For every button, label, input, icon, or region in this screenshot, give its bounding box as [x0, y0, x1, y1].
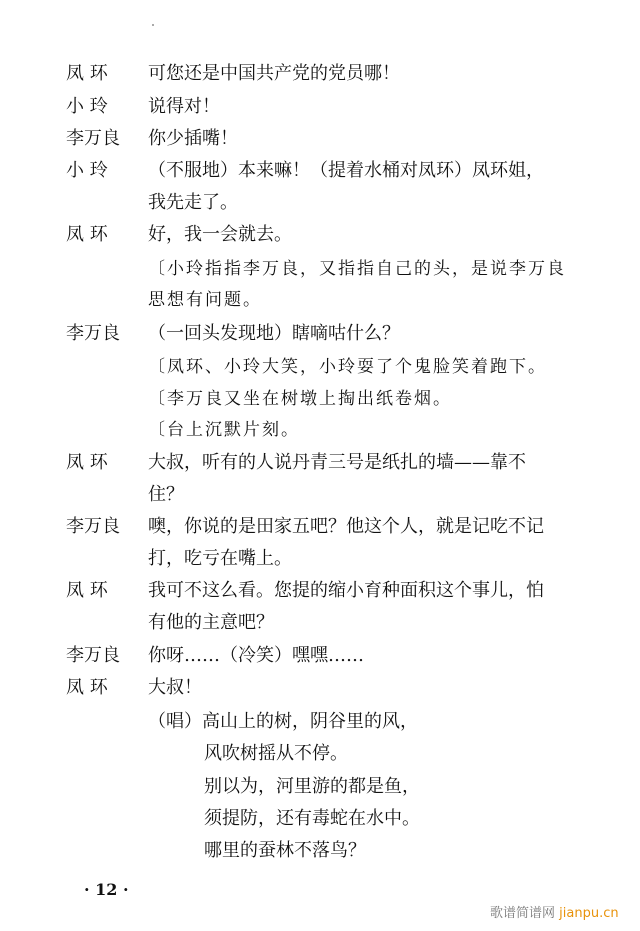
speech-text: 说得对！	[148, 94, 220, 120]
dialogue-line: 打，吃亏在嘴上。	[66, 546, 292, 572]
song-lyric: 高山上的树，阴谷里的风，	[202, 711, 418, 732]
speech-text: 你少插嘴！	[148, 126, 238, 152]
page-number: · 12 ·	[84, 880, 129, 899]
dialogue-line: 小 玲说得对！	[66, 94, 220, 120]
dialogue-line: 李万良你少插嘴！	[66, 126, 238, 152]
speaker-name: 小 玲	[66, 94, 148, 120]
speech-text: 好，我一会就去。	[148, 222, 292, 248]
dialogue-line: 凤 环可您还是中国共产党的党员哪！	[66, 61, 400, 87]
song-line: 哪里的蚕林不落鸟？	[204, 838, 366, 864]
song-lyric: 别以为，河里游的都是鱼，	[204, 776, 420, 797]
stage-direction-text: 〔李万良又坐在树墩上掏出纸卷烟。	[148, 386, 452, 412]
speech-text: 打，吃亏在嘴上。	[148, 546, 292, 572]
song-line: （唱）高山上的树，阴谷里的风，	[148, 709, 418, 735]
speech-text: 大叔，听有的人说丹青三号是纸扎的墙——靠不	[148, 450, 526, 476]
song-lyric: 哪里的蚕林不落鸟？	[204, 840, 366, 861]
speaker-name: 李万良	[66, 126, 148, 152]
stage-direction-line: 思想有问题。	[66, 287, 262, 313]
song-line: 须提防，还有毒蛇在水中。	[204, 806, 420, 832]
song-lyric: 风吹树摇从不停。	[204, 743, 348, 764]
dialogue-line: 凤 环好，我一会就去。	[66, 222, 292, 248]
stage-direction-text: 思想有问题。	[148, 287, 262, 313]
speech-text: 住？	[148, 482, 184, 508]
stage-direction-text: 〔小玲指指李万良，又指指自己的头，是说李万良	[148, 256, 566, 282]
dialogue-line: 李万良（一回头发现地）瞎嘀咕什么？	[66, 321, 400, 347]
speaker-name: 凤 环	[66, 222, 148, 248]
scan-speck	[152, 24, 154, 26]
speaker-name: 李万良	[66, 514, 148, 540]
stage-direction-line: 〔小玲指指李万良，又指指自己的头，是说李万良	[66, 256, 566, 282]
dialogue-line: 住？	[66, 482, 184, 508]
speech-text: （一回头发现地）瞎嘀咕什么？	[148, 321, 400, 347]
stage-direction-line: 〔李万良又坐在树墩上掏出纸卷烟。	[66, 386, 452, 412]
speech-text: （不服地）本来嘛！（提着水桶对凤环）凤环姐，	[148, 158, 544, 184]
dialogue-line: 凤 环大叔！	[66, 675, 202, 701]
stage-direction-text: 〔台上沉默片刻。	[148, 417, 300, 443]
speaker-name: 凤 环	[66, 61, 148, 87]
dialogue-line: 李万良噢，你说的是田家五吧？他这个人，就是记吃不记	[66, 514, 544, 540]
watermark-site-name: 歌谱简谱网	[490, 906, 555, 921]
speaker-name: 李万良	[66, 321, 148, 347]
speech-text: 你呀……（冷笑）嘿嘿……	[148, 643, 364, 669]
dialogue-line: 我先走了。	[66, 190, 238, 216]
dialogue-line: 凤 环大叔，听有的人说丹青三号是纸扎的墙——靠不	[66, 450, 526, 476]
song-line: 风吹树摇从不停。	[204, 741, 348, 767]
watermark: 歌谱简谱网 jianpu.cn	[490, 902, 619, 921]
dialogue-line: 有他的主意吧？	[66, 610, 274, 636]
speech-text: 可您还是中国共产党的党员哪！	[148, 61, 400, 87]
dialogue-line: 凤 环我可不这么看。您提的缩小育种面积这个事儿，怕	[66, 578, 544, 604]
speaker-name: 李万良	[66, 643, 148, 669]
stage-direction-line: 〔凤环、小玲大笑，小玲耍了个鬼脸笑着跑下。	[66, 354, 547, 380]
song-marker: （唱）	[148, 711, 202, 732]
dialogue-line: 小 玲（不服地）本来嘛！（提着水桶对凤环）凤环姐，	[66, 158, 544, 184]
speech-text: 我先走了。	[148, 190, 238, 216]
speaker-name: 凤 环	[66, 578, 148, 604]
book-page: 凤 环可您还是中国共产党的党员哪！ 小 玲说得对！ 李万良你少插嘴！ 小 玲（不…	[0, 0, 640, 931]
song-line: 别以为，河里游的都是鱼，	[204, 774, 420, 800]
stage-direction-text: 〔凤环、小玲大笑，小玲耍了个鬼脸笑着跑下。	[148, 354, 547, 380]
speech-text: 大叔！	[148, 675, 202, 701]
speaker-name: 凤 环	[66, 450, 148, 476]
speaker-name: 凤 环	[66, 675, 148, 701]
stage-direction-line: 〔台上沉默片刻。	[66, 417, 300, 443]
speech-text: 有他的主意吧？	[148, 610, 274, 636]
watermark-url: jianpu.cn	[559, 906, 618, 921]
song-lyric: 须提防，还有毒蛇在水中。	[204, 808, 420, 829]
dialogue-line: 李万良你呀……（冷笑）嘿嘿……	[66, 643, 364, 669]
speech-text: 我可不这么看。您提的缩小育种面积这个事儿，怕	[148, 578, 544, 604]
speech-text: 噢，你说的是田家五吧？他这个人，就是记吃不记	[148, 514, 544, 540]
speaker-name: 小 玲	[66, 158, 148, 184]
